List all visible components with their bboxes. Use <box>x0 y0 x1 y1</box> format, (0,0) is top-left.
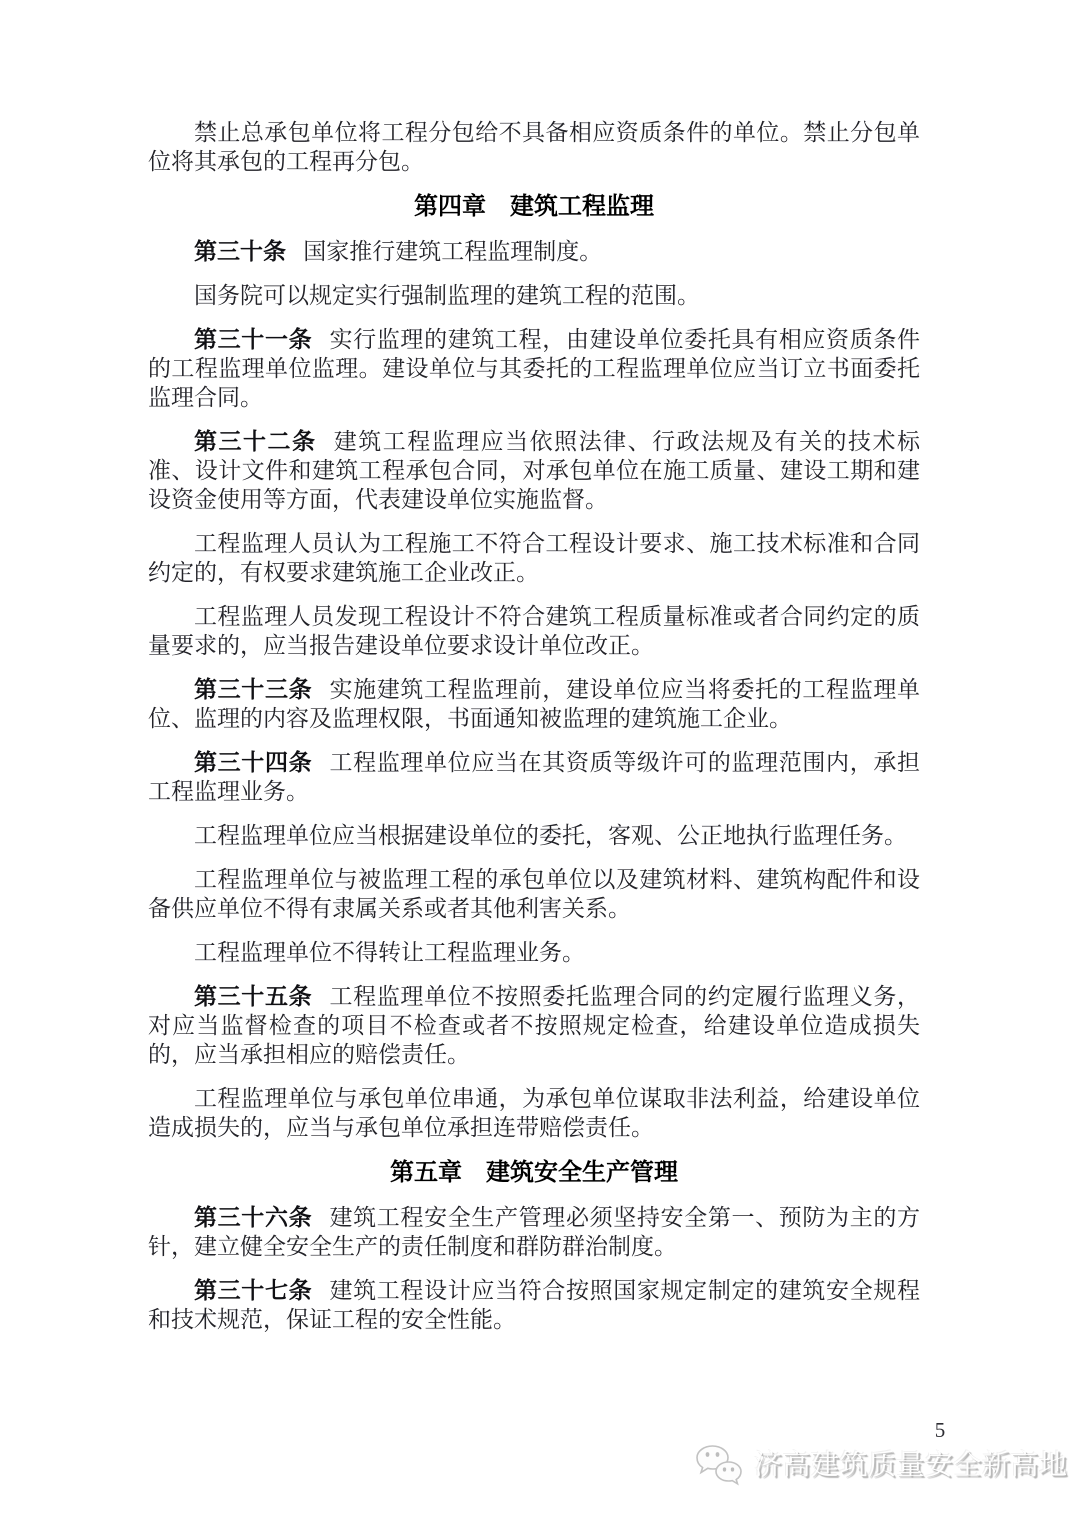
article-number: 第三十五条 <box>194 983 312 1009</box>
article-number: 第三十四条 <box>194 749 312 775</box>
page-number: 5 <box>900 1418 980 1443</box>
article-number: 第三十六条 <box>194 1204 312 1230</box>
document-page: 禁止总承包单位将工程分包给不具备相应资质条件的单位。禁止分包单位将其承包的工程再… <box>0 0 1080 1527</box>
chapter-heading: 第五章 建筑安全生产管理 <box>148 1157 920 1188</box>
article-paragraph: 第三十四条工程监理单位应当在其资质等级许可的监理范围内，承担工程监理业务。 <box>148 748 920 806</box>
paragraph: 工程监理单位与承包单位串通，为承包单位谋取非法利益，给建设单位造成损失的，应当与… <box>148 1084 920 1142</box>
paragraph: 工程监理人员认为工程施工不符合工程设计要求、施工技术标准和合同约定的，有权要求建… <box>148 529 920 587</box>
paragraph: 工程监理单位不得转让工程监理业务。 <box>148 938 920 967</box>
paragraph-text: 禁止总承包单位将工程分包给不具备相应资质条件的单位。禁止分包单位将其承包的工程再… <box>148 120 920 174</box>
article-paragraph: 第三十二条建筑工程监理应当依照法律、行政法规及有关的技术标准、设计文件和建筑工程… <box>148 427 920 514</box>
paragraph-text: 国家推行建筑工程监理制度。 <box>303 239 602 264</box>
article-number: 第三十条 <box>194 238 286 264</box>
chapter-heading: 第四章 建筑工程监理 <box>148 191 920 222</box>
watermark-text: 济高建筑质量安全新高地 <box>754 1451 1068 1479</box>
paragraph: 工程监理单位与被监理工程的承包单位以及建筑材料、建筑构配件和设备供应单位不得有隶… <box>148 865 920 923</box>
watermark: 济高建筑质量安全新高地 <box>691 1441 1068 1489</box>
wechat-icon <box>691 1441 747 1489</box>
paragraph: 工程监理人员发现工程设计不符合建筑工程质量标准或者合同约定的质量要求的，应当报告… <box>148 602 920 660</box>
paragraph: 工程监理单位应当根据建设单位的委托，客观、公正地执行监理任务。 <box>148 821 920 850</box>
paragraph-text: 工程监理单位与被监理工程的承包单位以及建筑材料、建筑构配件和设备供应单位不得有隶… <box>148 867 920 921</box>
paragraph-text: 工程监理单位与承包单位串通，为承包单位谋取非法利益，给建设单位造成损失的，应当与… <box>148 1086 920 1140</box>
paragraph: 禁止总承包单位将工程分包给不具备相应资质条件的单位。禁止分包单位将其承包的工程再… <box>148 118 920 176</box>
paragraph-text: 工程监理人员认为工程施工不符合工程设计要求、施工技术标准和合同约定的，有权要求建… <box>148 531 920 585</box>
article-paragraph: 第三十三条实施建筑工程监理前，建设单位应当将委托的工程监理单位、监理的内容及监理… <box>148 675 920 733</box>
paragraph-text: 工程监理单位不得转让工程监理业务。 <box>194 940 585 965</box>
article-paragraph: 第三十一条实行监理的建筑工程，由建设单位委托具有相应资质条件的工程监理单位监理。… <box>148 325 920 412</box>
paragraph: 国务院可以规定实行强制监理的建筑工程的范围。 <box>148 281 920 310</box>
article-number: 第三十三条 <box>194 676 312 702</box>
article-number: 第三十二条 <box>194 428 316 454</box>
article-paragraph: 第三十五条工程监理单位不按照委托监理合同的约定履行监理义务，对应当监督检查的项目… <box>148 982 920 1069</box>
paragraph-text: 工程监理人员发现工程设计不符合建筑工程质量标准或者合同约定的质量要求的，应当报告… <box>148 604 920 658</box>
paragraph-text: 国务院可以规定实行强制监理的建筑工程的范围。 <box>194 283 700 308</box>
article-number: 第三十七条 <box>194 1277 312 1303</box>
article-paragraph: 第三十七条建筑工程设计应当符合按照国家规定制定的建筑安全规程和技术规范，保证工程… <box>148 1276 920 1334</box>
article-paragraph: 第三十六条建筑工程安全生产管理必须坚持安全第一、预防为主的方针，建立健全安全生产… <box>148 1203 920 1261</box>
article-paragraph: 第三十条国家推行建筑工程监理制度。 <box>148 237 920 266</box>
paragraph-text: 工程监理单位应当根据建设单位的委托，客观、公正地执行监理任务。 <box>194 823 907 848</box>
article-number: 第三十一条 <box>194 326 312 352</box>
document-body: 禁止总承包单位将工程分包给不具备相应资质条件的单位。禁止分包单位将其承包的工程再… <box>148 118 920 1349</box>
